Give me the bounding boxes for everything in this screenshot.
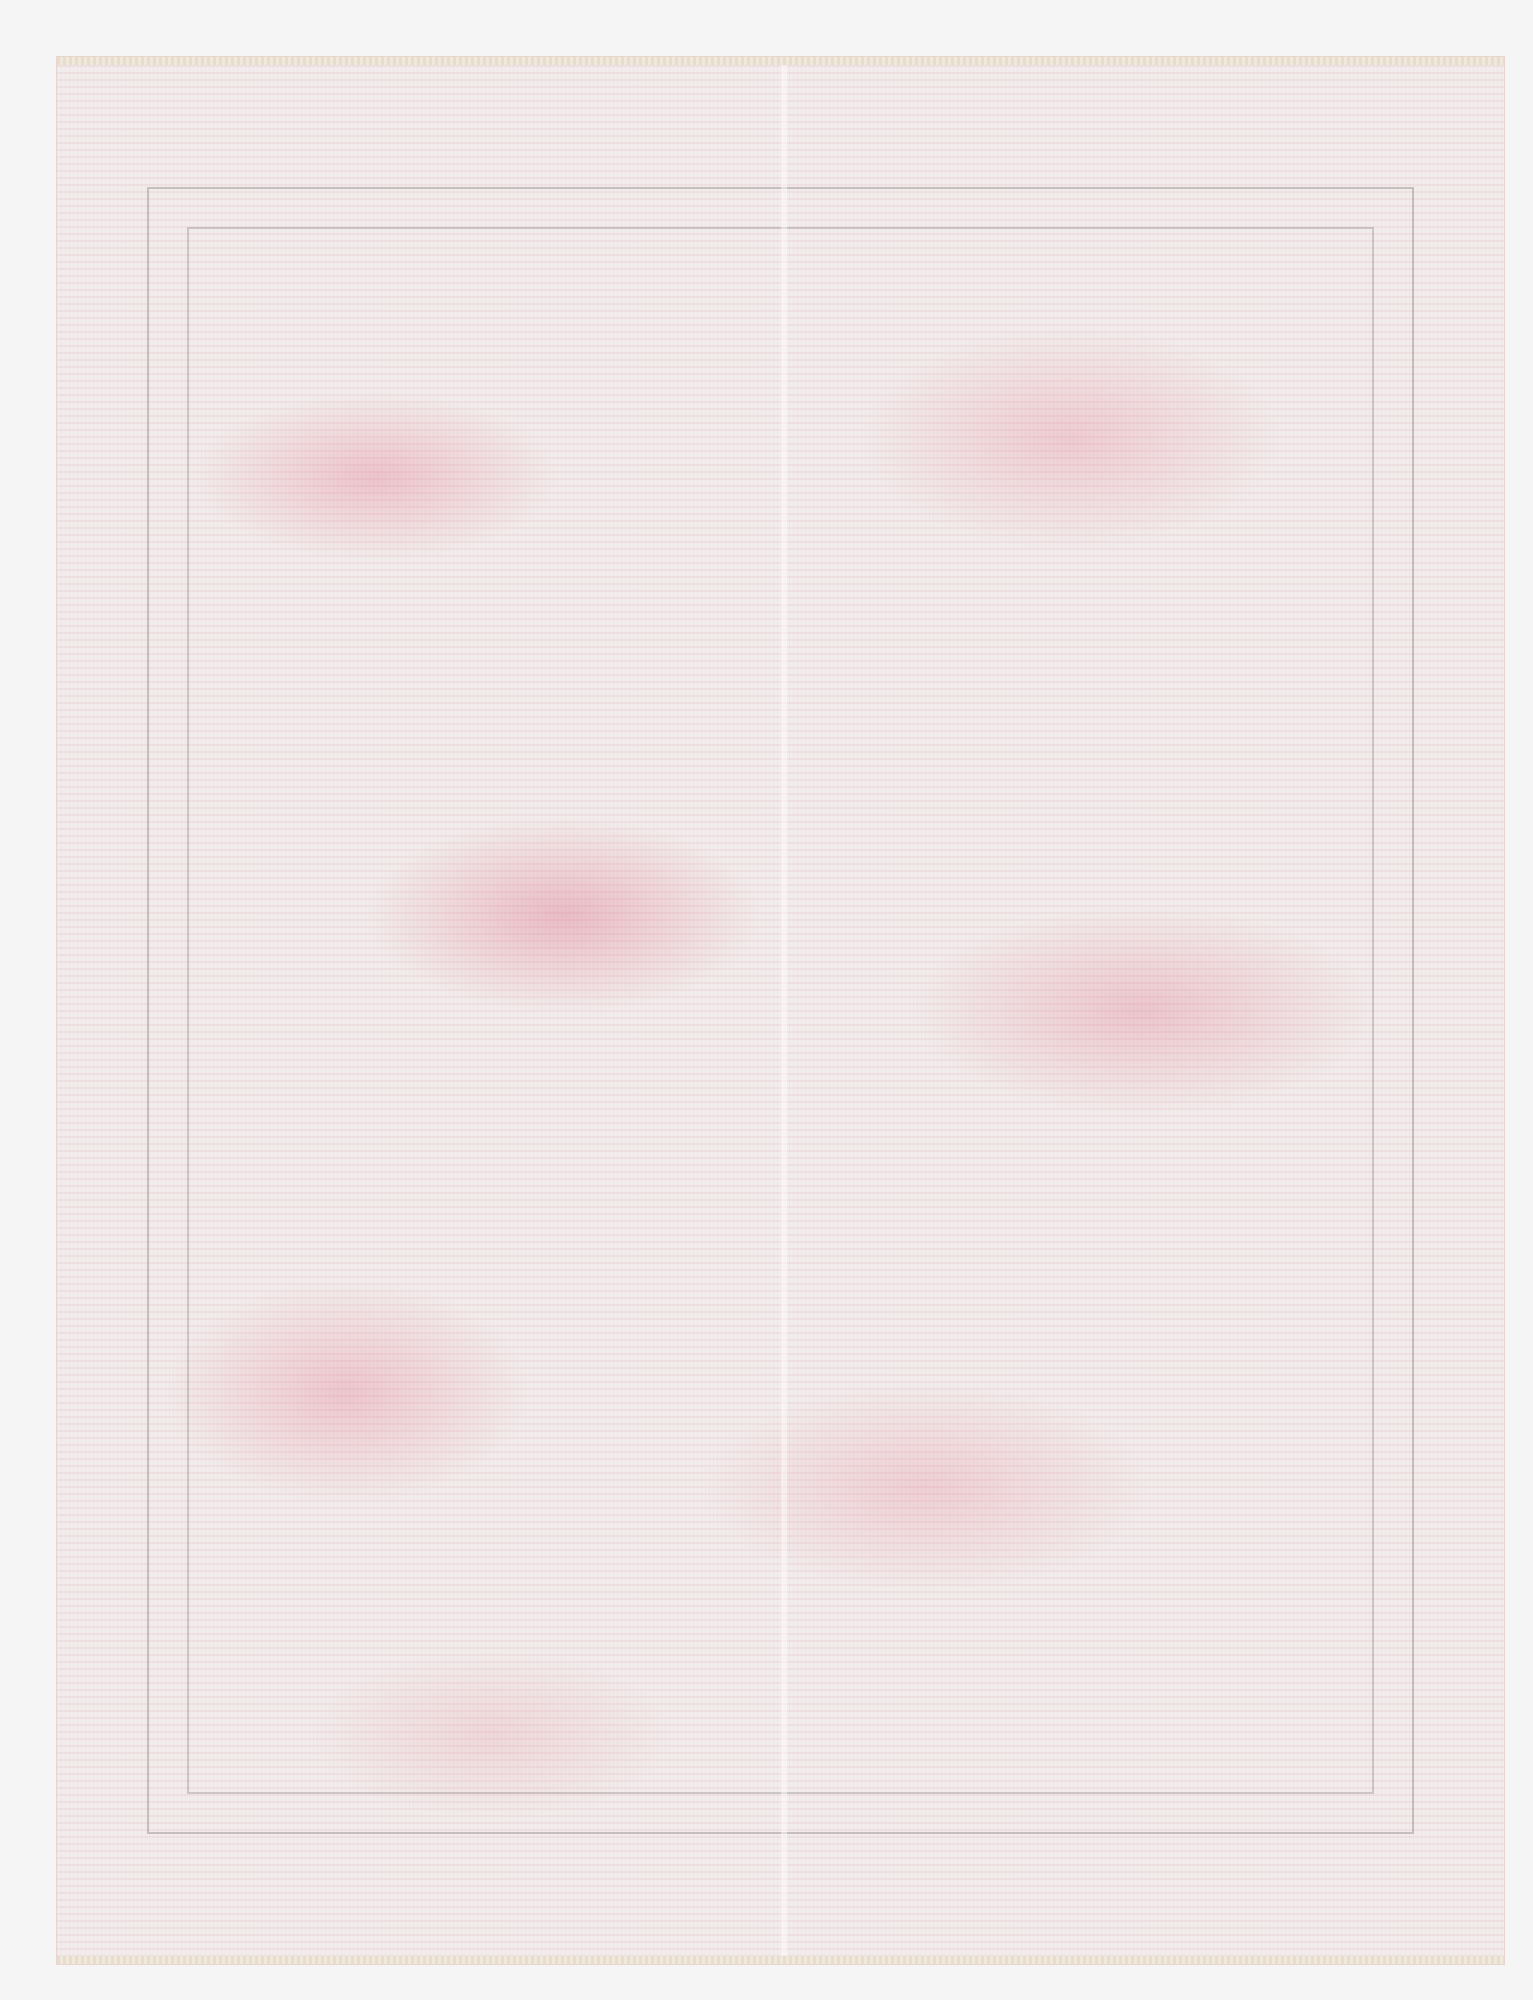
rug-fringe-bottom xyxy=(57,1956,1504,1964)
rug-center-fold xyxy=(781,57,787,1964)
rug-fringe-top xyxy=(57,57,1504,65)
rug xyxy=(57,57,1504,1964)
